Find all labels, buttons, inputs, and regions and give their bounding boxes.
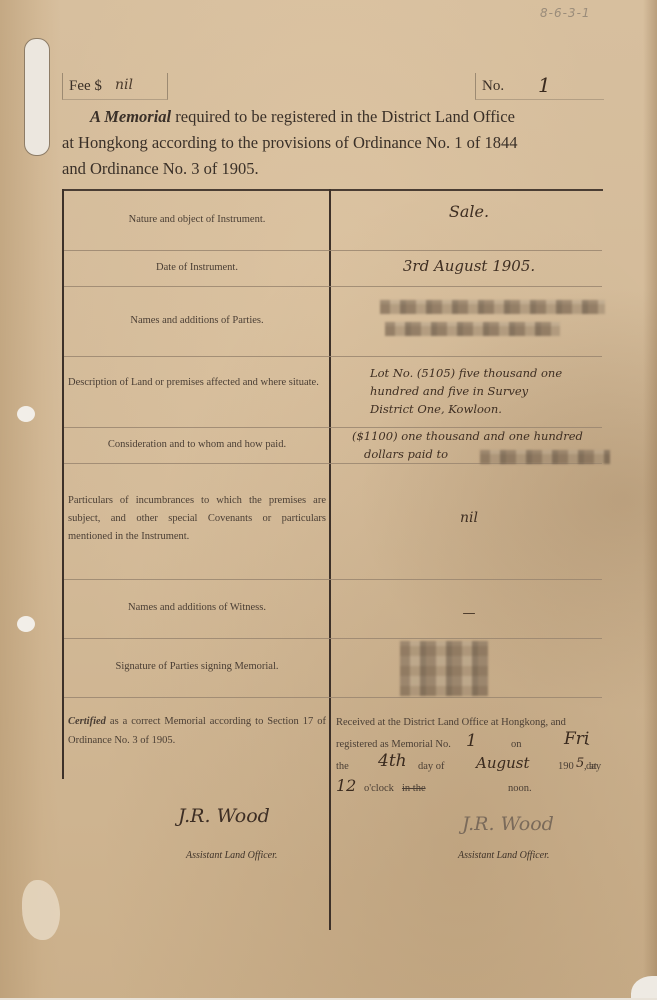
table-left-rule [62, 189, 64, 779]
receipt-day: 4th [378, 750, 407, 772]
receipt-signature: J.R. Wood [462, 813, 554, 835]
row-value-date: 3rd August 1905. [336, 256, 602, 276]
row-value-nature: Sale. [336, 202, 602, 222]
number-value: 1 [538, 73, 551, 97]
receipt-hour: 12 [336, 775, 356, 797]
receipt-memorial-number: 1 [466, 730, 477, 752]
heading-line-3: and Ordinance No. 3 of 1905. [62, 156, 607, 182]
row-label-signature-parties: Signature of Parties signing Memorial. [68, 658, 326, 676]
fee-box: Fee $ nil [62, 73, 168, 100]
consideration-line-2: dollars paid to [364, 447, 448, 461]
row-divider [64, 579, 602, 580]
redacted-parties-line-2 [385, 322, 560, 336]
row-divider [64, 250, 602, 251]
redacted-payee [480, 450, 610, 464]
receipt-officer-title: Assistant Land Officer. [458, 850, 549, 861]
fee-value: nil [115, 77, 133, 93]
receipt-block: Received at the District Land Office at … [336, 712, 604, 800]
table-top-rule [62, 189, 603, 191]
row-divider [64, 286, 602, 287]
heading-line-1: required to be registered in the Distric… [175, 107, 515, 126]
memorial-heading: A Memorial required to be registered in … [62, 104, 607, 182]
certification-initial: Certified [68, 716, 106, 727]
receipt-at: , at [584, 756, 597, 778]
heading-line-2: at Hongkong according to the provisions … [62, 130, 607, 156]
receipt-month: August [476, 752, 529, 774]
binding-slot [24, 38, 50, 156]
redacted-parties-line-1 [380, 300, 605, 314]
row-divider [64, 697, 602, 698]
punch-hole [17, 406, 35, 422]
certification-body: as a correct Memorial according to Secti… [68, 716, 326, 746]
row-label-description: Description of Land or premises affected… [68, 374, 326, 392]
row-label-witness: Names and additions of Witness. [68, 599, 326, 617]
row-label-date: Date of Instrument. [68, 259, 326, 277]
consideration-line-1: ($1100) one thousand and one hundred [352, 427, 612, 445]
row-label-incumbrances: Particulars of incumbrances to which the… [68, 492, 326, 546]
heading-prefix: A Memorial [90, 107, 171, 126]
receipt-year-printed: 190 [558, 756, 574, 778]
certification-officer-title: Assistant Land Officer. [186, 850, 277, 861]
row-label-nature: Nature and object of Instrument. [68, 211, 326, 229]
row-value-incumbrances: nil [336, 508, 602, 528]
number-label: No. [482, 78, 504, 95]
archive-reference-number: 8-6-3-1 [540, 6, 591, 20]
right-edge-shadow [643, 0, 657, 998]
table-center-rule [329, 189, 331, 930]
receipt-day-of: day of [418, 756, 445, 778]
certification-signature: J.R. Wood [178, 805, 270, 827]
row-label-consideration: Consideration and to whom and how paid. [68, 436, 326, 454]
description-line-3: District One, Kowloon. [370, 400, 610, 418]
redacted-party-signature [400, 641, 488, 696]
receipt-oclock: o'clock [364, 778, 394, 800]
row-value-witness: — [336, 604, 602, 624]
row-divider [64, 638, 602, 639]
description-line-1: Lot No. (5105) five thousand one [370, 364, 610, 382]
punch-hole [17, 616, 35, 632]
receipt-noon: noon. [508, 778, 532, 800]
fee-label: Fee $ [69, 78, 102, 95]
receipt-struck-text: in the [402, 778, 426, 800]
description-line-2: hundred and five in Survey [370, 382, 610, 400]
row-label-parties: Names and additions of Parties. [68, 312, 326, 330]
row-divider [64, 356, 602, 357]
certification-text: Certified as a correct Memorial accordin… [68, 712, 326, 750]
row-value-description: Lot No. (5105) five thousand one hundred… [370, 364, 610, 418]
number-box: No. 1 [475, 73, 604, 100]
receipt-line-1: Received at the District Land Office at … [336, 712, 566, 734]
